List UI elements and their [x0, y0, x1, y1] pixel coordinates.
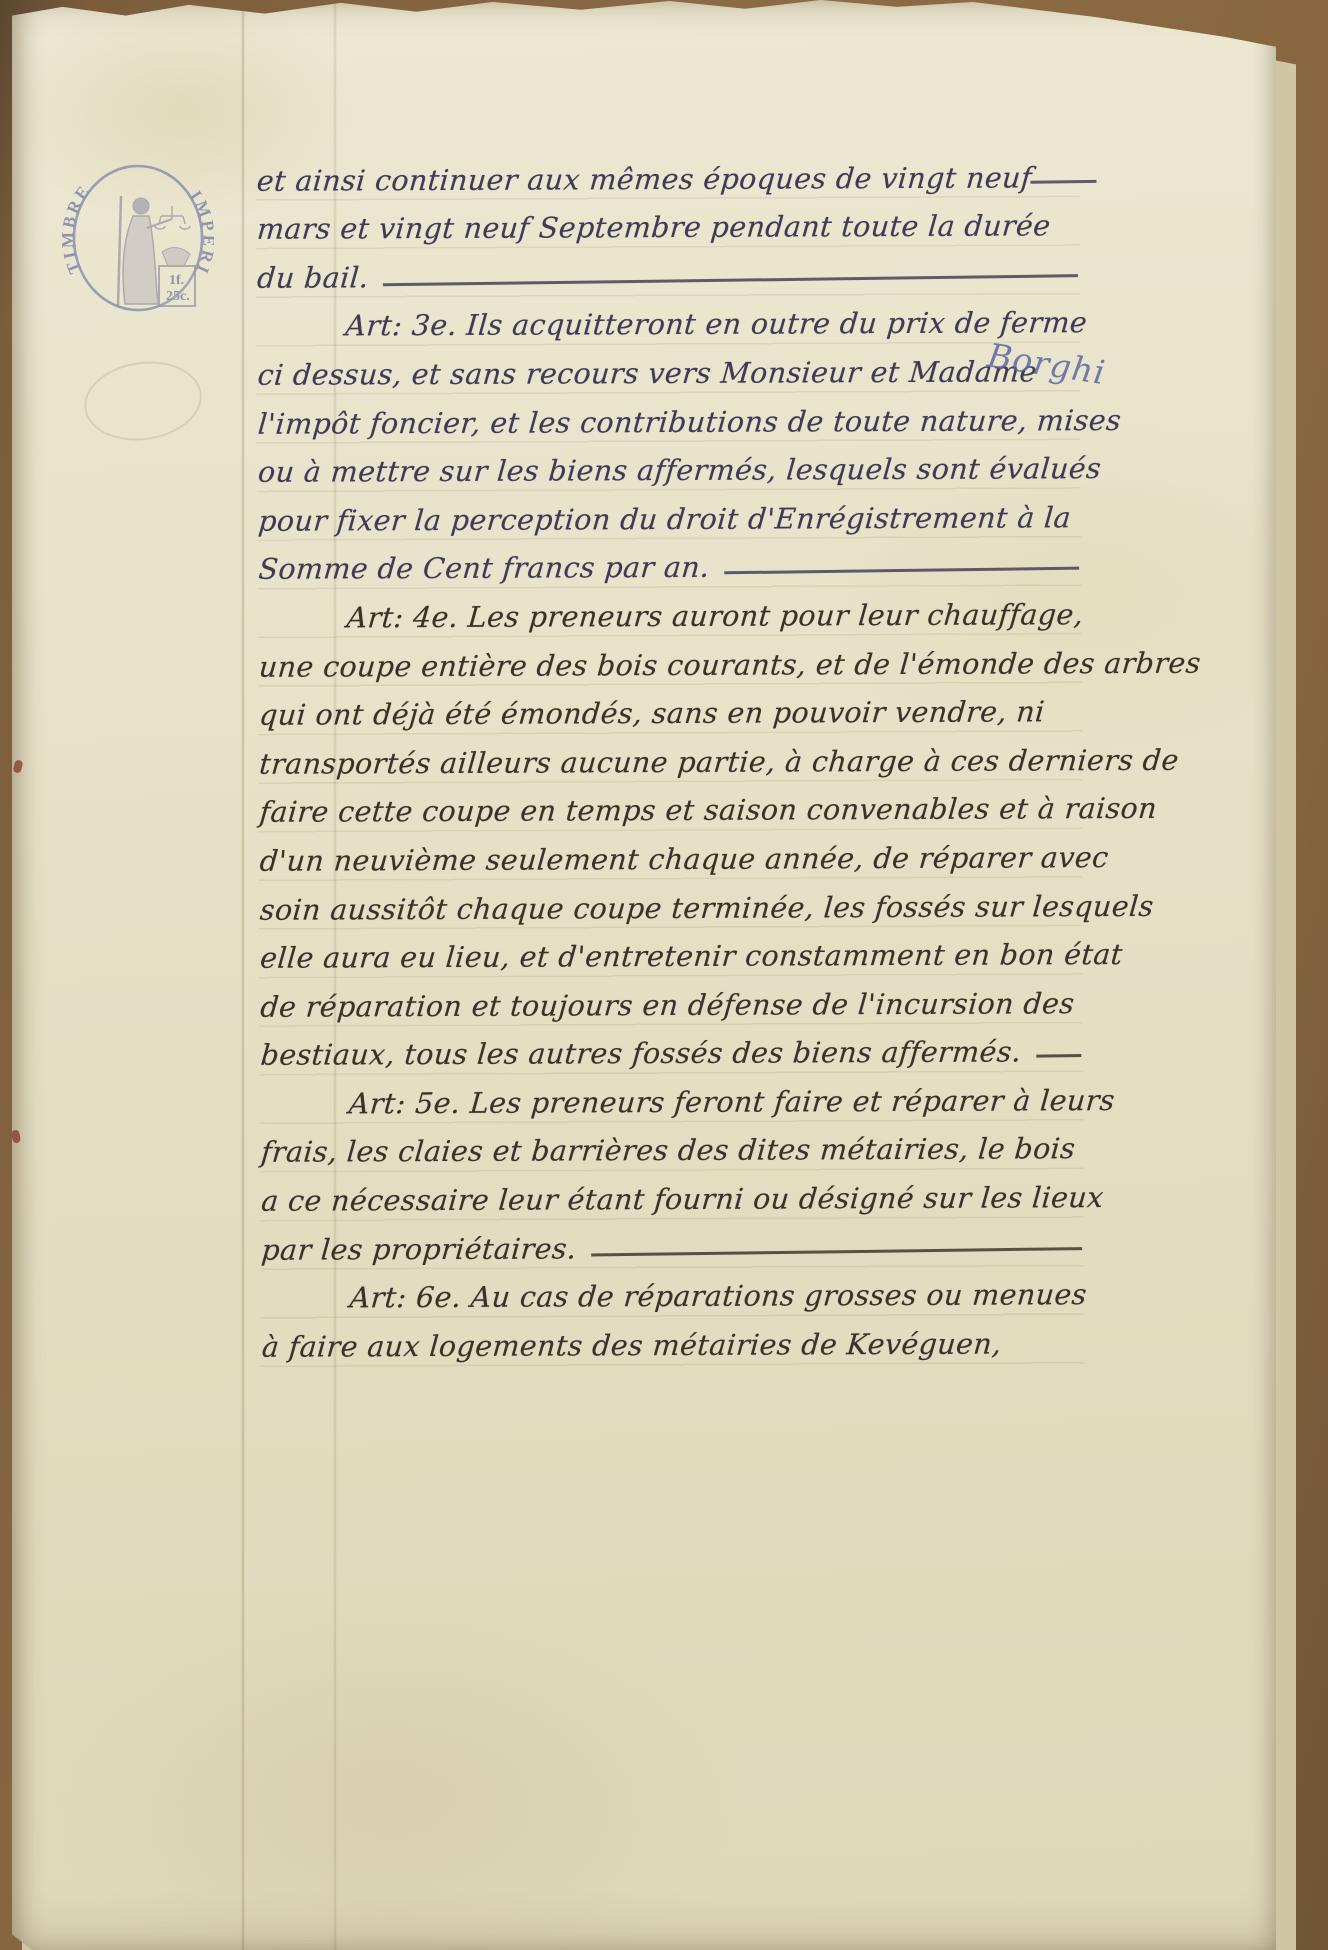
text-line: Somme de Cent francs par an. — [257, 539, 1081, 591]
stamp-text-timbre: TIMBRE — [62, 180, 95, 276]
text-line: qui ont déjà été émondés, sans en pouvoi… — [258, 685, 1082, 737]
text-line: pour fixer la perception du droit d'Enré… — [257, 490, 1081, 542]
line-text: Art: 5e. Les preneurs feront faire et ré… — [348, 1084, 1117, 1120]
line-text: mars et vingt neuf Septembre pendant tou… — [256, 210, 1052, 246]
text-line: Art: 3e. Ils acquitteront en outre du pr… — [256, 296, 1080, 348]
line-text: par les propriétaires. — [260, 1232, 578, 1266]
text-line: ou à mettre sur les biens affermés, lesq… — [257, 442, 1081, 494]
text-line: ci dessus, et sans recours vers Monsieur… — [256, 345, 1080, 397]
text-line: du bail. — [256, 247, 1080, 299]
line-text: du bail. — [256, 261, 370, 294]
text-line: transportés ailleurs aucune partie, à ch… — [258, 733, 1082, 785]
line-text: qui ont déjà été émondés, sans en pouvoi… — [258, 695, 1046, 731]
ink-rule — [383, 274, 1078, 286]
line-text: frais, les claies et barrières des dites… — [260, 1133, 1077, 1170]
line-text: à faire aux logements des métairies de K… — [261, 1327, 1003, 1363]
line-text: pour fixer la perception du droit d'Enré… — [257, 501, 1072, 538]
text-line: une coupe entière des bois courants, et … — [257, 636, 1081, 688]
text-line: Art: 5e. Les preneurs feront faire et ré… — [259, 1073, 1083, 1125]
line-text: d'un neuvième seulement chaque année, de… — [259, 841, 1110, 878]
text-line: elle aura eu lieu, et d'entretenir const… — [259, 928, 1083, 980]
binding-stitch-mark — [11, 1129, 21, 1143]
ink-rule — [1036, 1054, 1081, 1058]
binding-stitch-mark — [13, 759, 24, 774]
line-text: Art: 6e. Au cas de réparations grosses o… — [348, 1278, 1088, 1314]
text-line: soin aussitôt chaque coupe terminée, les… — [259, 879, 1083, 931]
text-line: a ce nécessaire leur étant fourni ou dés… — [260, 1171, 1084, 1223]
text-line: frais, les claies et barrières des dites… — [260, 1122, 1084, 1174]
line-text: Somme de Cent francs par an. — [257, 551, 711, 586]
line-text: Art: 4e. Les preneurs auront pour leur c… — [345, 598, 1084, 634]
vertical-fold-crease — [241, 0, 245, 1950]
stamp-denomination-centimes: 25c. — [166, 289, 190, 304]
embossed-seal-impression — [79, 354, 207, 448]
line-text: transportés ailleurs aucune partie, à ch… — [258, 743, 1180, 780]
line-text: faire cette coupe en temps et saison con… — [258, 792, 1158, 829]
line-text: ou à mettre sur les biens affermés, lesq… — [257, 452, 1103, 489]
line-text: Art: 3e. Ils acquitteront en outre du pr… — [344, 307, 1088, 343]
document-page: TIMBRE IMPERIAL 1f. 25c. et ainsi contin… — [12, 0, 1276, 1950]
stamp-denomination-francs: 1f. — [169, 273, 184, 288]
line-text: de réparation et toujours en défense de … — [259, 987, 1076, 1024]
text-line: l'impôt foncier, et les contributions de… — [256, 393, 1080, 445]
ink-rule — [1030, 179, 1096, 183]
text-line: mars et vingt neuf Septembre pendant tou… — [256, 199, 1080, 251]
line-text: ci dessus, et sans recours vers Monsieur… — [256, 355, 1038, 391]
text-line: d'un neuvième seulement chaque année, de… — [258, 831, 1082, 883]
text-line: de réparation et toujours en défense de … — [259, 976, 1083, 1028]
ink-rule — [724, 567, 1079, 575]
line-text: elle aura eu lieu, et d'entretenir const… — [259, 938, 1124, 975]
line-text: bestiaux, tous les autres fossés des bie… — [259, 1036, 1022, 1072]
text-line: faire cette coupe en temps et saison con… — [258, 782, 1082, 834]
line-text: l'impôt foncier, et les contributions de… — [257, 404, 1123, 441]
text-line: Art: 6e. Au cas de réparations grosses o… — [260, 1268, 1084, 1320]
line-text: et ainsi continuer aux mêmes époques de … — [256, 161, 1034, 197]
text-line: à faire aux logements des métairies de K… — [260, 1316, 1084, 1368]
ink-rule — [591, 1247, 1082, 1256]
justice-figure-stamp-art: TIMBRE IMPERIAL 1f. 25c. — [62, 156, 214, 322]
handwritten-text-block: et ainsi continuer aux mêmes époques de … — [255, 150, 1084, 1368]
text-line: par les propriétaires. — [260, 1219, 1084, 1271]
line-text: une coupe entière des bois courants, et … — [258, 646, 1203, 683]
line-text: a ce nécessaire leur étant fourni ou dés… — [260, 1181, 1105, 1218]
text-line: bestiaux, tous les autres fossés des bie… — [259, 1025, 1083, 1077]
line-text: soin aussitôt chaque coupe terminée, les… — [259, 889, 1155, 926]
timbre-imperial-stamp: TIMBRE IMPERIAL 1f. 25c. — [62, 156, 214, 322]
text-line: Art: 4e. Les preneurs auront pour leur c… — [257, 588, 1081, 640]
text-line: et ainsi continuer aux mêmes époques de … — [255, 150, 1079, 202]
